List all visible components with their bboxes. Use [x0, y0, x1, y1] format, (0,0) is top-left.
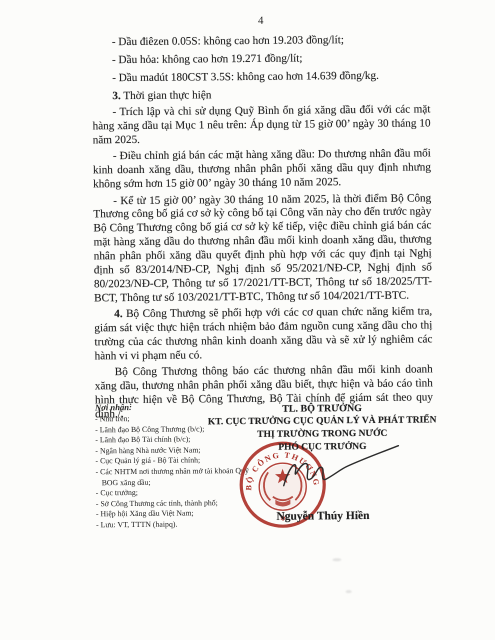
paragraph-legal-references: - Kể từ 15 giờ 00’ ngày 30 tháng 10 năm …	[93, 192, 432, 306]
section-4-text: Bộ Công Thương sẽ phối hợp với các cơ qu…	[94, 306, 432, 363]
body-text: - Dầu điêzen 0.05S: không cao hơn 19.203…	[92, 33, 433, 424]
page-number: 4	[92, 13, 430, 28]
scan-speckle	[332, 558, 341, 561]
paragraph-price-adjust: - Điều chỉnh giá bán các mặt hàng xăng d…	[93, 148, 431, 193]
signature-title-line-2: KT. CỤC TRƯỞNG CỤC QUẢN LÝ VÀ PHÁT TRIỂN	[204, 414, 440, 429]
signature-scribble	[269, 435, 405, 496]
scan-speckle	[346, 590, 352, 593]
recipient-item: - Các NHTM nơi thương nhân mở tài khoản …	[96, 466, 250, 489]
scanned-document-page: 4 - Dầu điêzen 0.05S: không cao hơn 19.2…	[0, 0, 495, 640]
section-3-title: Thời gian thực hiện	[121, 89, 212, 102]
fuel-price-line-kerosene: - Dầu hỏa: không cao hơn 19.271 đồng/lít…	[92, 51, 430, 68]
section-3-heading: 3. Thời gian thực hiện	[92, 87, 430, 104]
fuel-price-line-mazut: - Dầu madút 180CST 3.5S: không cao hơn 1…	[92, 69, 430, 86]
page-content: 4 - Dầu điêzen 0.05S: không cao hơn 19.2…	[0, 0, 495, 640]
recipient-item: - Lưu: VT, TTTN (haipq).	[96, 519, 250, 531]
fuel-price-line-diesel: - Dầu điêzen 0.05S: không cao hơn 19.203…	[92, 33, 430, 50]
paragraph-supervision: 4. Bộ Công Thương sẽ phối hợp với các cơ…	[94, 306, 432, 365]
paragraph-fund-usage: - Trích lập và chi sử dụng Quỹ Bình ổn g…	[92, 104, 430, 149]
signer-name: Nguyễn Thúy Hiền	[242, 510, 404, 523]
